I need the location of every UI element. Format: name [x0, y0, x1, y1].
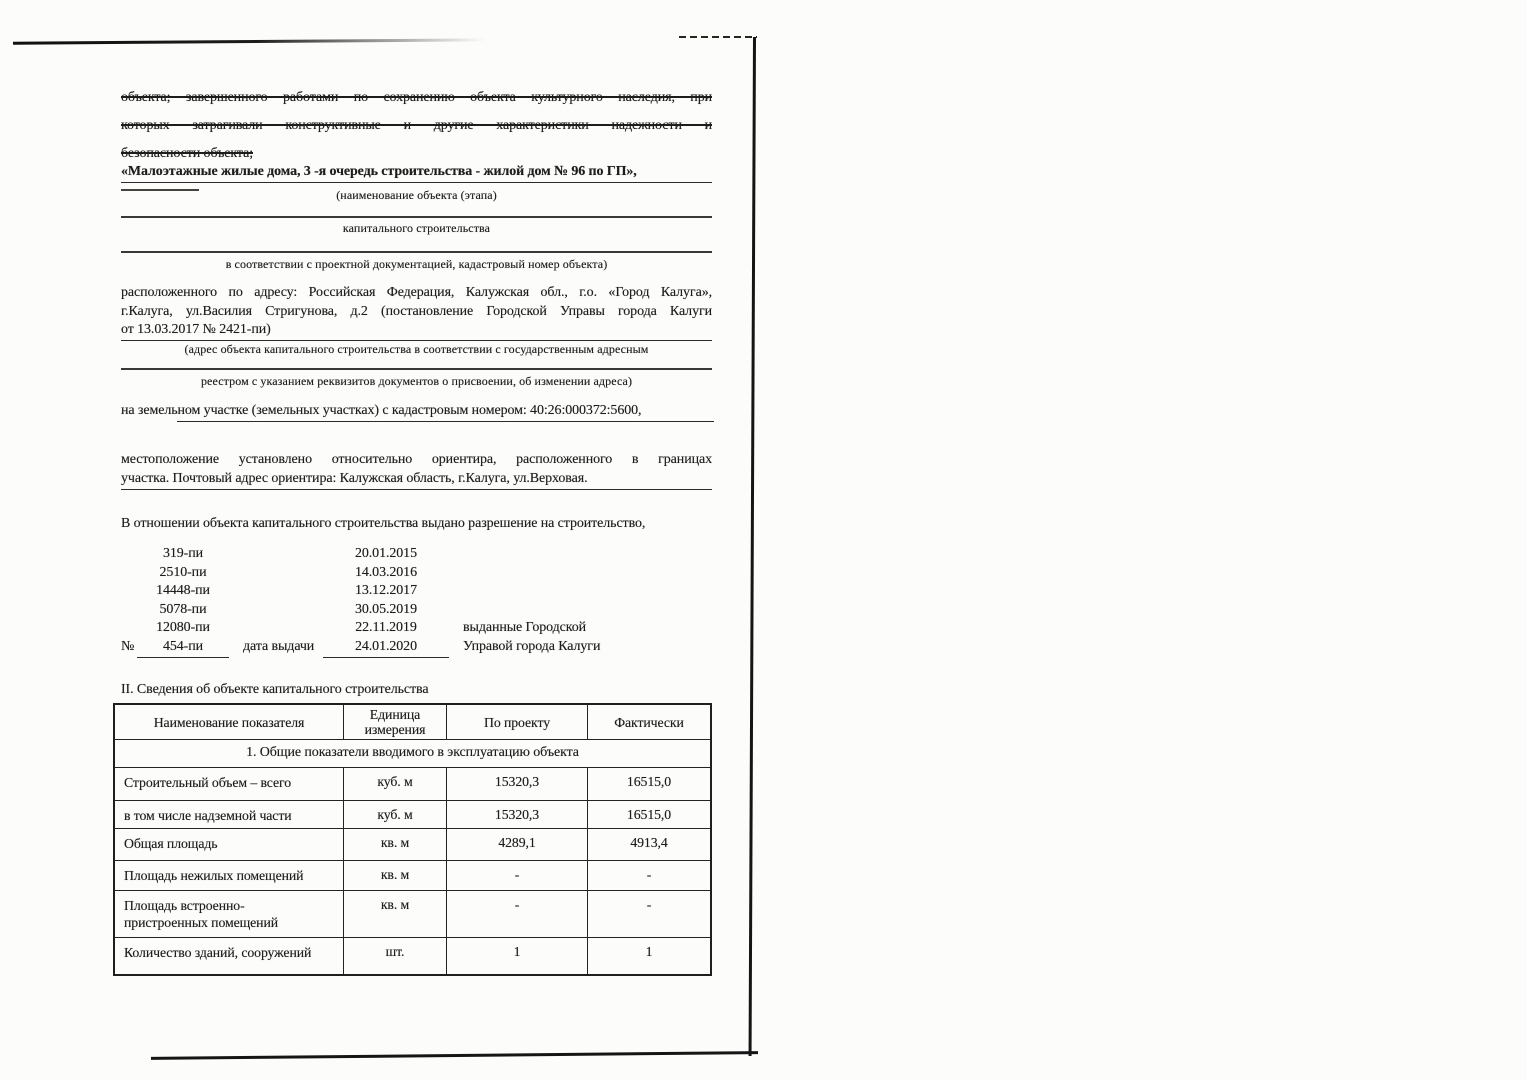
permit-date: 30.05.2019 — [323, 601, 449, 620]
land-plot-line: на земельном участке (земельных участках… — [121, 401, 712, 420]
cell-unit: куб. м — [344, 768, 447, 801]
cell-name-text: Площадь встроенно-пристроенных помещений — [124, 897, 316, 931]
object-name-line: «Малоэтажные жилые дома, 3 -я очередь ст… — [121, 164, 712, 183]
cell-unit: кв. м — [344, 861, 447, 891]
permit-issuer-note — [449, 564, 712, 583]
cell-unit: кв. м — [344, 829, 447, 861]
table-section-row: 1. Общие показатели вводимого в эксплуат… — [115, 740, 710, 768]
struck-line: объекта; завершенного работами по сохран… — [121, 84, 712, 112]
permit-date-label — [229, 582, 323, 601]
table-header-name: Наименование показателя — [115, 705, 344, 740]
permit-issuer-note: Управой города Калуги — [449, 638, 712, 658]
scanned-document-page: объекта; завершенного работами по сохран… — [0, 0, 1527, 1080]
permit-date: 20.01.2015 — [323, 545, 449, 564]
caption-address-registry-1: (адрес объекта капитального строительств… — [121, 342, 712, 357]
permit-row: 14448-пи 13.12.2017 — [121, 582, 712, 601]
construction-indicators-table: Наименование показателя Единица измерени… — [113, 703, 712, 976]
cell-name: Площадь нежилых помещений — [115, 861, 344, 891]
permits-list: 319-пи 20.01.2015 2510-пи 14.03.2016 144… — [121, 545, 712, 658]
cell-name: Строительный объем – всего — [115, 768, 344, 801]
permit-date-label — [229, 601, 323, 620]
address-line: расположенного по адресу: Российская Фед… — [121, 284, 712, 303]
cell-project: - — [447, 861, 588, 891]
permit-number-prefix — [121, 545, 137, 564]
cell-name: Количество зданий, сооружений — [115, 938, 344, 974]
location-paragraph: местоположение установлено относительно … — [121, 450, 712, 490]
permit-intro: В отношении объекта капитального строите… — [121, 516, 712, 532]
permit-date: 24.01.2020 — [323, 638, 449, 658]
cell-name: в том числе надземной части — [115, 801, 344, 829]
section2-title: II. Сведения об объекте капитального стр… — [121, 682, 712, 698]
permit-date: 22.11.2019 — [323, 619, 449, 638]
cell-unit: кв. м — [344, 891, 447, 938]
caption-project-documentation: в соответствии с проектной документацией… — [121, 257, 712, 272]
cell-project: 1 — [447, 938, 588, 974]
address-last-line: от 13.03.2017 № 2421-пи) — [121, 321, 712, 341]
page-edge-right — [749, 37, 756, 1056]
horizontal-rule — [121, 216, 712, 218]
horizontal-rule — [121, 368, 712, 370]
cell-project: - — [447, 891, 588, 938]
permit-row: 2510-пи 14.03.2016 — [121, 564, 712, 583]
struck-line: которых затрагивали конструктивные и дру… — [121, 112, 712, 140]
cell-actual: 16515,0 — [588, 801, 710, 829]
caption-address-registry-2: реестром с указанием реквизитов документ… — [121, 374, 712, 389]
table-header-unit: Единица измерения — [344, 705, 447, 740]
permit-number-prefix — [121, 564, 137, 583]
permit-number: 14448-пи — [137, 582, 229, 601]
permit-date-label — [229, 619, 323, 638]
address-paragraph: расположенного по адресу: Российская Фед… — [121, 284, 712, 341]
permit-number: 5078-пи — [137, 601, 229, 620]
address-line: г.Калуга, ул.Василия Стригунова, д.2 (по… — [121, 303, 712, 322]
cell-project: 15320,3 — [447, 801, 588, 829]
document-content: объекта; завершенного работами по сохран… — [121, 0, 712, 1080]
permit-issuer-note: выданные Городской — [449, 619, 712, 638]
permit-row: № 454-пи дата выдачи 24.01.2020 Управой … — [121, 638, 712, 658]
cell-actual: 1 — [588, 938, 710, 974]
permit-number: 2510-пи — [137, 564, 229, 583]
location-line-1: местоположение установлено относительно … — [121, 450, 712, 470]
struck-paragraph: объекта; завершенного работами по сохран… — [121, 84, 712, 168]
cell-name: Площадь встроенно-пристроенных помещений — [115, 891, 344, 938]
permit-date: 14.03.2016 — [323, 564, 449, 583]
cell-project: 15320,3 — [447, 768, 588, 801]
horizontal-rule — [121, 251, 712, 253]
cell-actual: - — [588, 891, 710, 938]
permit-issuer-note — [449, 582, 712, 601]
permit-number-prefix — [121, 601, 137, 620]
location-line-2: участка. Почтовый адрес ориентира: Калуж… — [121, 470, 712, 490]
cell-unit: куб. м — [344, 801, 447, 829]
cell-name: Общая площадь — [115, 829, 344, 861]
caption-capital-construction: капитального строительства — [121, 221, 712, 236]
cell-actual: 4913,4 — [588, 829, 710, 861]
caption-object-stage: (наименование объекта (этапа) — [121, 188, 712, 203]
permit-issuer-note — [449, 601, 712, 620]
cell-actual: - — [588, 861, 710, 891]
permit-date: 13.12.2017 — [323, 582, 449, 601]
cell-unit: шт. — [344, 938, 447, 974]
permit-date-label: дата выдачи — [229, 638, 323, 658]
permit-number-prefix: № — [121, 638, 137, 658]
table-header-project: По проекту — [447, 705, 588, 740]
permit-number: 454-пи — [137, 638, 229, 658]
permit-number: 12080-пи — [137, 619, 229, 638]
permit-number-prefix — [121, 619, 137, 638]
permit-number: 319-пи — [137, 545, 229, 564]
cell-project: 4289,1 — [447, 829, 588, 861]
permit-number-prefix — [121, 582, 137, 601]
permit-row: 5078-пи 30.05.2019 — [121, 601, 712, 620]
table-header-actual: Фактически — [588, 705, 710, 740]
permit-date-label — [229, 545, 323, 564]
permit-date-label — [229, 564, 323, 583]
permit-issuer-note — [449, 545, 712, 564]
cell-actual: 16515,0 — [588, 768, 710, 801]
permit-row: 12080-пи 22.11.2019 выданные Городской — [121, 619, 712, 638]
permit-row: 319-пи 20.01.2015 — [121, 545, 712, 564]
